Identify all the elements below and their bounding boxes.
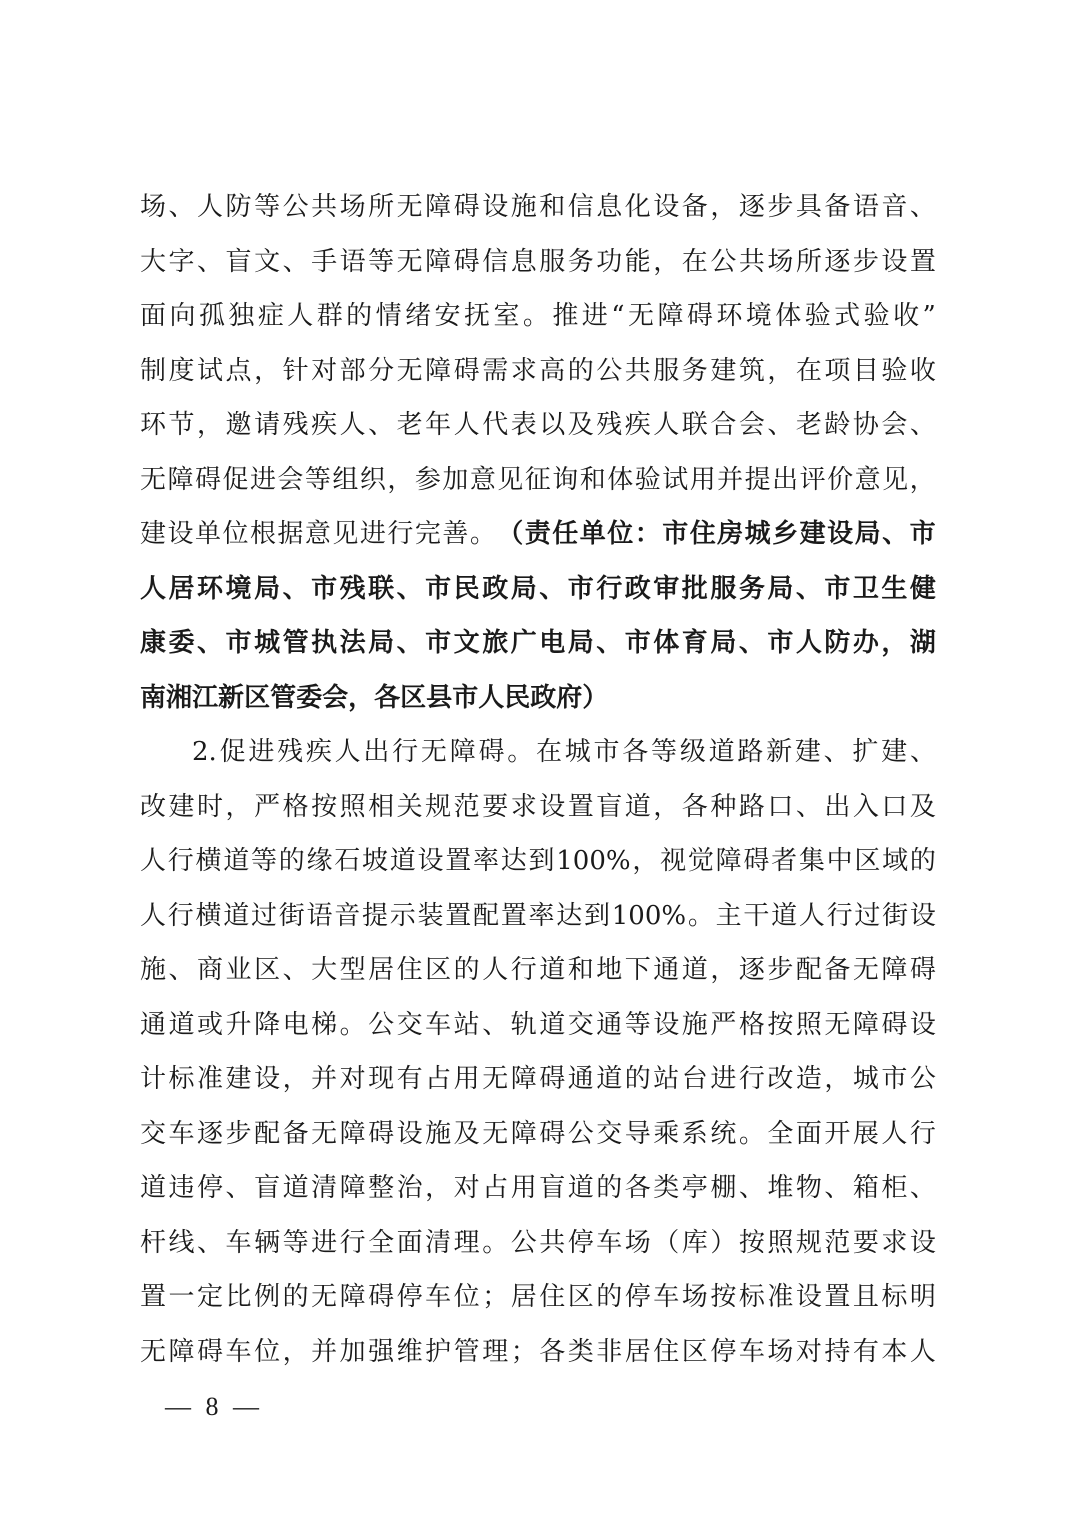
page-number: — 8 — [165,1392,263,1422]
text-line: 人居环境局、市残联、市民政局、市行政审批服务局、市卫生健 [140,562,936,617]
text-line: 无障碍车位，并加强维护管理；各类非居住区停车场对持有本人 [140,1325,936,1380]
text-line: 交车逐步配备无障碍设施及无障碍公交导乘系统。全面开展人行 [140,1107,936,1162]
text-line: 建设单位根据意见进行完善。（责任单位：市住房城乡建设局、市 [140,507,936,562]
text-line: 计标准建设，并对现有占用无障碍通道的站台进行改造，城市公 [140,1052,936,1107]
text-line: 人行横道过街语音提示装置配置率达到100%。主干道人行过街设 [140,889,936,944]
text-line: 通道或升降电梯。公交车站、轨道交通等设施严格按照无障碍设 [140,998,936,1053]
text-line: 环节，邀请残疾人、老年人代表以及残疾人联合会、老龄协会、 [140,398,936,453]
text-line: 置一定比例的无障碍停车位；居住区的停车场按标准设置且标明 [140,1270,936,1325]
text-line: 无障碍促进会等组织，参加意见征询和体验试用并提出评价意见， [140,453,936,508]
text-line: 施、商业区、大型居住区的人行道和地下通道，逐步配备无障碍 [140,943,936,998]
text-line: 场、人防等公共场所无障碍设施和信息化设备，逐步具备语音、 [140,180,936,235]
text-line: 杆线、车辆等进行全面清理。公共停车场（库）按照规范要求设 [140,1216,936,1271]
text-line: 南湘江新区管委会，各区县市人民政府） [140,671,936,726]
text-line: 康委、市城管执法局、市文旅广电局、市体育局、市人防办，湖 [140,616,936,671]
text-line: 2.促进残疾人出行无障碍。在城市各等级道路新建、扩建、 [140,725,936,780]
text-line: 面向孤独症人群的情绪安抚室。推进“无障碍环境体验式验收” [140,289,936,344]
text-line: 大字、盲文、手语等无障碍信息服务功能，在公共场所逐步设置 [140,235,936,290]
document-page: 场、人防等公共场所无障碍设施和信息化设备，逐步具备语音、大字、盲文、手语等无障碍… [0,0,1074,1520]
text-line: 道违停、盲道清障整治，对占用盲道的各类亭棚、堆物、箱柜、 [140,1161,936,1216]
text-line: 改建时，严格按照相关规范要求设置盲道，各种路口、出入口及 [140,780,936,835]
document-body: 场、人防等公共场所无障碍设施和信息化设备，逐步具备语音、大字、盲文、手语等无障碍… [140,180,936,1379]
text-line: 制度试点，针对部分无障碍需求高的公共服务建筑，在项目验收 [140,344,936,399]
text-line: 人行横道等的缘石坡道设置率达到100%，视觉障碍者集中区域的 [140,834,936,889]
